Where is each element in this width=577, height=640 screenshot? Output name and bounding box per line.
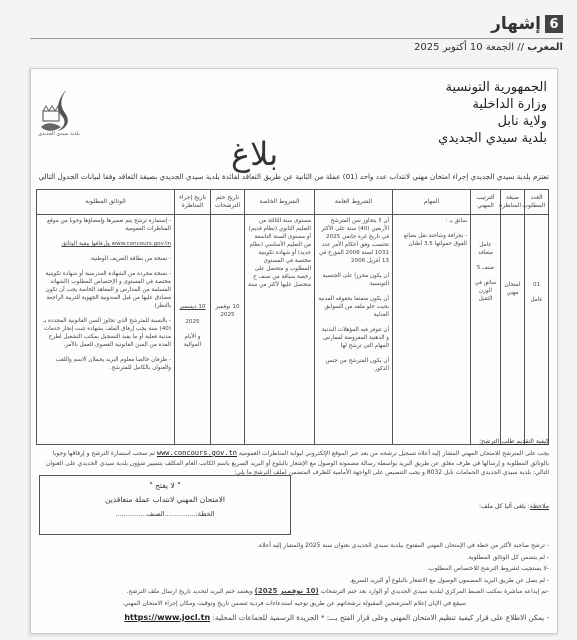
col-header-exam-type: صيغة المناظرة (501, 190, 525, 215)
municipality-logo-icon (37, 87, 81, 135)
col-header-rank: الترتيب المهني (471, 190, 501, 215)
remark-item: - ترشح صاحبه لأكثر من خطة في الإمتحان ال… (39, 540, 549, 552)
remark-item: - لم يصل عن طريق البريد المضمون الوصول م… (39, 575, 549, 587)
remarks-title: ملاحظة: يلغى آليا كل ملف: (479, 503, 549, 510)
positions-table: العدد المطلوب صيغة المناظرة الترتيب المه… (36, 189, 549, 445)
issuer-line-municipality: بلدية سيدي الجديدي (438, 130, 547, 147)
col-header-exam-date: تاريخ إجراء المناظرة (175, 190, 211, 215)
issue-date: الجمعة 10 أكتوبر 2025 (414, 42, 514, 53)
col-header-count: العدد المطلوب (525, 190, 549, 215)
cell-count: 01 عامل (525, 215, 549, 445)
remark-item: -تم إيداعه مباشرة بمكتب الضبط المركزي لب… (39, 586, 549, 598)
table-header-row: العدد المطلوب صيغة المناظرة الترتيب المه… (37, 190, 549, 215)
paper-name: المغرب (527, 42, 563, 53)
remark-item: -لا يستجيب لشروط الترشح للاختصاص المطلوب… (39, 563, 549, 575)
cell-tasks: سائق بـ : - بجرافة وشاحنة نقل بضائع الفو… (393, 215, 471, 445)
notification-line: سيقع في الإبان إعلام المترشحين المقبولة … (39, 598, 549, 610)
cell-close-date: 10 نوفمبر 2025 (211, 215, 245, 445)
col-header-tasks: المهام (393, 190, 471, 215)
col-header-documents: الوثائق المطلوبة (37, 190, 175, 215)
concours-link[interactable]: www.concours.gov.tn وإرفاقها ببقية الوثا… (40, 240, 171, 248)
cell-documents: - إستمارة ترشح يتم تعميرها وإمضاؤها وجوب… (37, 215, 175, 445)
jocl-reference: - يمكن الاطلاع على قرار كيفية تنظيم الام… (39, 612, 549, 624)
envelope-post-grade: الخطة:...............الصنف..............… (40, 507, 290, 521)
envelope-do-not-open: " لا يفتح " (40, 479, 290, 493)
dateline: المغرب // الجمعة 10 أكتوبر 2025 (414, 42, 563, 53)
jocl-link[interactable]: https://www.jocl.tn (124, 613, 210, 622)
issuer-line-country: الجمهورية التونسية (438, 79, 547, 96)
envelope-exam-name: الامتحان المهني لانتداب عملة متعاقدين (40, 493, 290, 507)
header-rule (30, 38, 563, 39)
cell-exam-date: 10 ديسمبر 2025 و الأيام الموالية (175, 215, 211, 445)
section-name: إشهار (491, 14, 541, 34)
notice-intro: تعتزم بلدية سيدي الجديدي إجراء امتحان مه… (39, 172, 549, 181)
concours-url-link[interactable]: www.concours.gov.tn (157, 449, 237, 457)
notice-title: بلاغ (231, 135, 278, 173)
issuer-block: الجمهورية التونسية وزارة الداخلية ولاية … (438, 79, 547, 147)
col-header-close-date: تاريخ ختم الترشحات (211, 190, 245, 215)
col-header-general-conditions: الشروط العامة (315, 190, 393, 215)
logo-caption: بلدية سيدي الجديدي (37, 131, 81, 137)
remarks-list: - ترشح صاحبه لأكثر من خطة في الإمتحان ال… (39, 540, 549, 624)
deadline-highlight: (10 نوفمبر 2025) (255, 587, 319, 595)
issuer-line-governorate: ولاية نابل (438, 113, 547, 130)
cell-general-conditions: أن لا يتجاوز سن المترشح الأربعين (40) سن… (315, 215, 393, 445)
page-number: 6 (545, 15, 563, 33)
application-howto-text: يجب على المترشح للامتحان المهني المشار إ… (39, 449, 549, 478)
notice-clipping: الجمهورية التونسية وزارة الداخلية ولاية … (30, 68, 558, 634)
issuer-line-ministry: وزارة الداخلية (438, 96, 547, 113)
cell-rank: عامل متعاقد صنف 5 سائق في الوزن الثقيل (471, 215, 501, 445)
section-title: 6 إشهار (491, 14, 563, 34)
application-howto-title: كيفية التقديم طلب الترشح: (479, 438, 549, 445)
newspaper-header: 6 إشهار المغرب // الجمعة 10 أكتوبر 2025 (30, 8, 563, 56)
cell-exam-type: امتحان مهني (501, 215, 525, 445)
table-row: 01 عامل امتحان مهني عامل متعاقد صنف 5 سا… (37, 215, 549, 445)
envelope-label-box: " لا يفتح " الامتحان المهني لانتداب عملة… (39, 475, 291, 535)
col-header-special-conditions: الشروط الخاصة (245, 190, 315, 215)
remark-item: - لم يتضمن كل الوثائق المطلوبة. (39, 552, 549, 564)
cell-special-conditions: مستوى سنة الثالثة من التعليم الثانوي (نظ… (245, 215, 315, 445)
